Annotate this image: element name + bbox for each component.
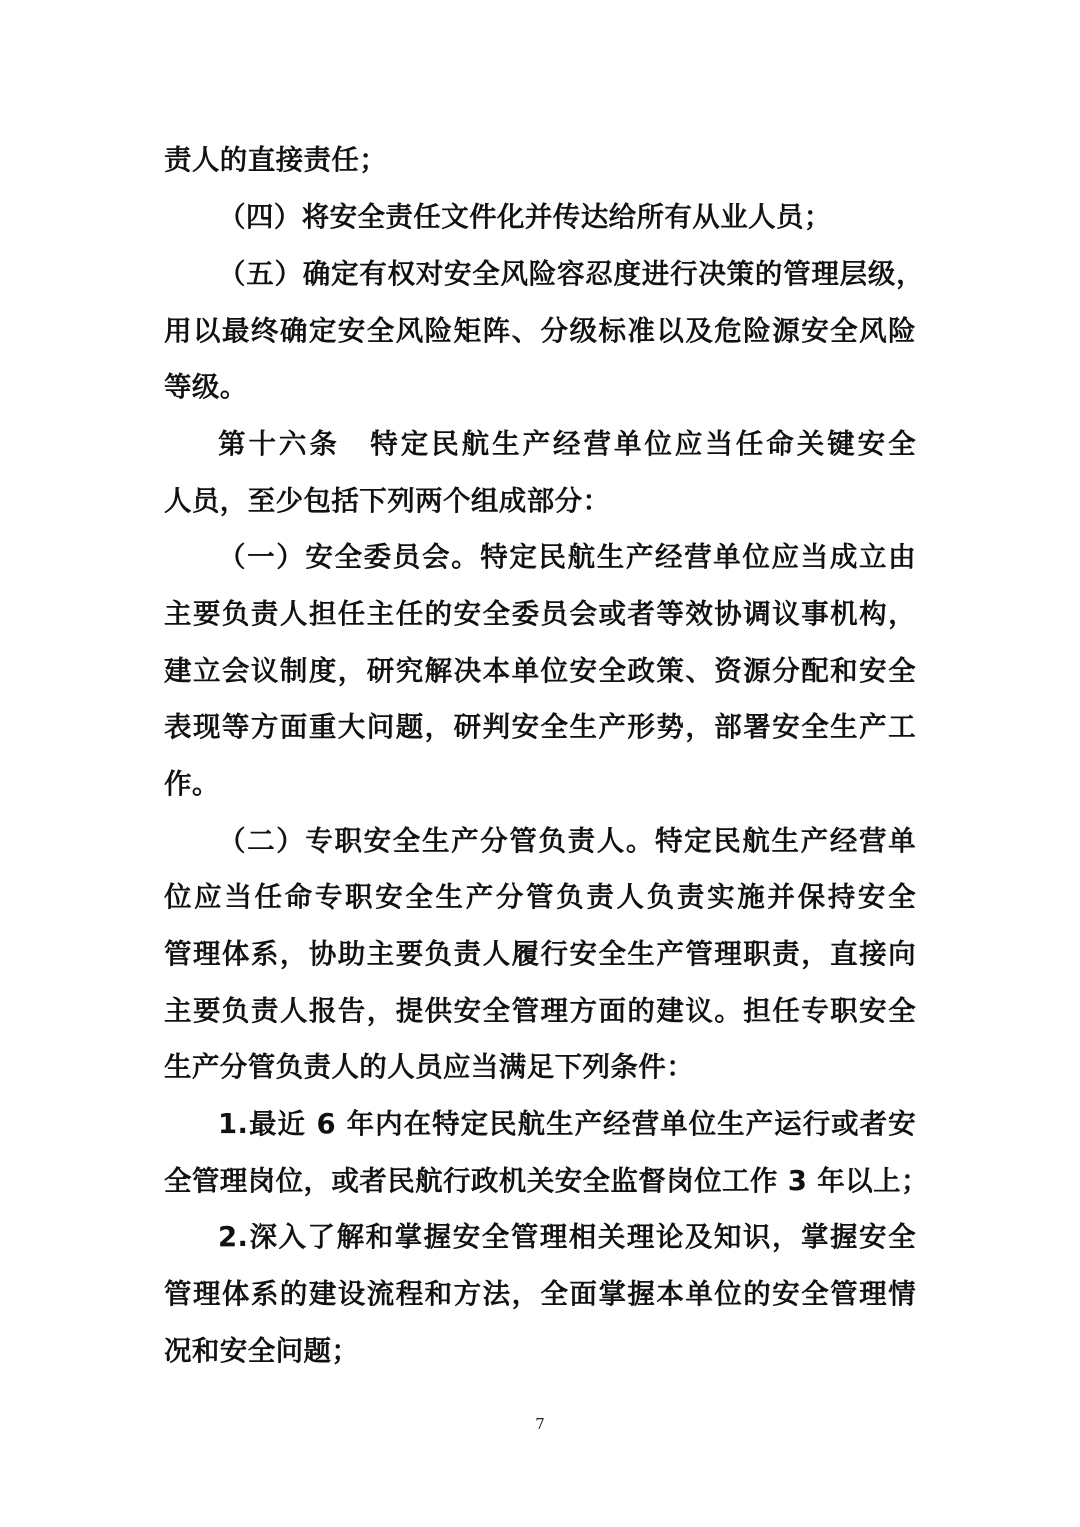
text-line: 管理体系，协助主要负责人履行安全生产管理职责，直接向: [164, 934, 916, 974]
text-line: （一）安全委员会。特定民航生产经营单位应当成立由: [218, 537, 916, 577]
text-line: 建立会议制度，研究解决本单位安全政策、资源分配和安全: [164, 651, 916, 691]
article-heading-line: 第十六条 特定民航生产经营单位应当任命关键安全: [218, 424, 916, 464]
text-line: 用以最终确定安全风险矩阵、分级标准以及危险源安全风险: [164, 311, 916, 351]
text-line: 位应当任命专职安全生产分管负责人负责实施并保持安全: [164, 877, 916, 917]
text-line: （五）确定有权对安全风险容忍度进行决策的管理层级，: [218, 254, 924, 294]
text-line: 表现等方面重大问题，研判安全生产形势，部署安全生产工: [164, 707, 916, 747]
text-line: 主要负责人担任主任的安全委员会或者等效协调议事机构，: [164, 594, 916, 634]
text-line: 全管理岗位，或者民航行政机关安全监督岗位工作 3 年以上；: [164, 1161, 924, 1201]
text-line: （四）将安全责任文件化并传达给所有从业人员；: [218, 197, 978, 237]
text-line: 生产分管负责人的人员应当满足下列条件：: [164, 1047, 924, 1087]
page-number: 7: [520, 1415, 560, 1433]
text-line: 人员，至少包括下列两个组成部分：: [164, 481, 924, 521]
document-page: 责人的直接责任； （四）将安全责任文件化并传达给所有从业人员； （五）确定有权对…: [0, 0, 1080, 1527]
text-line: 管理体系的建设流程和方法，全面掌握本单位的安全管理情: [164, 1274, 916, 1314]
text-line: 主要负责人报告，提供安全管理方面的建议。担任专职安全: [164, 991, 916, 1031]
text-line: （二）专职安全生产分管负责人。特定民航生产经营单: [218, 821, 916, 861]
text-line: 等级。: [164, 367, 924, 407]
text-line: 况和安全问题；: [164, 1331, 924, 1371]
list-item-line: 2.深入了解和掌握安全管理相关理论及知识，掌握安全: [218, 1217, 916, 1257]
text-line: 作。: [164, 764, 924, 804]
list-item-line: 1.最近 6 年内在特定民航生产经营单位生产运行或者安: [218, 1104, 916, 1144]
text-line: 责人的直接责任；: [164, 140, 924, 180]
